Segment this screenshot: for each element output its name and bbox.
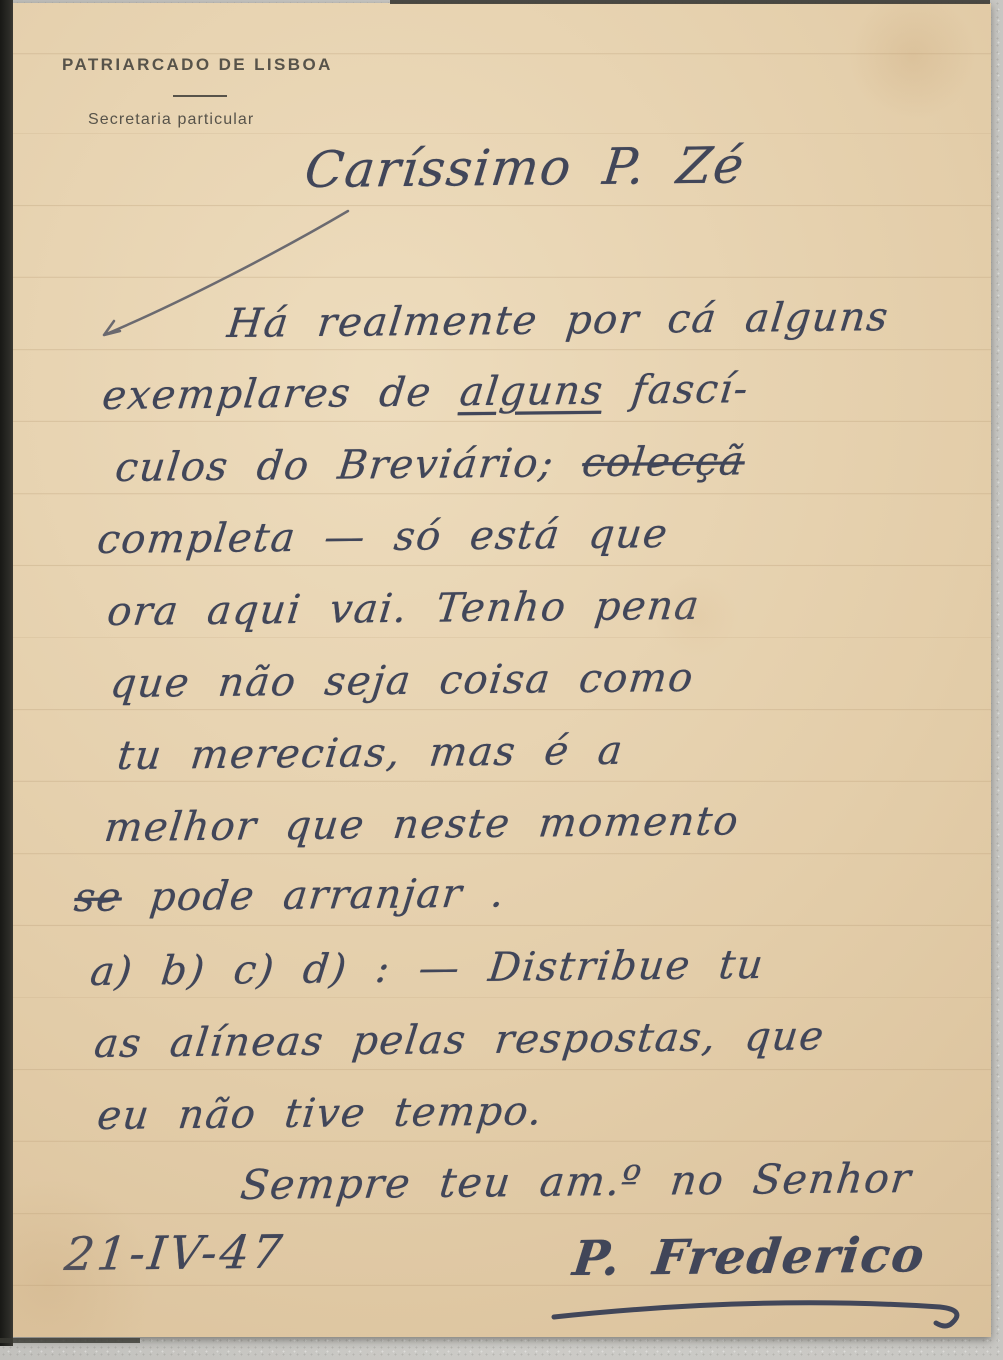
handwritten-text: a) b) c) d) : — Distribue tu [88,942,767,995]
handwritten-line: a) b) c) d) : — Distribue tu [88,942,767,995]
letter-paper: PATRIARCADO DE LISBOA Secretaria particu… [10,3,991,1337]
handwritten-text: pode arranjar . [119,870,508,920]
scan-left-edge [0,0,13,1346]
handwritten-text: Há realmente por cá alguns [225,294,891,347]
letterhead-organization: PATRIARCADO DE LISBOA [62,55,333,75]
handwritten-text: fascí- [601,366,751,414]
handwritten-text: tu merecias, mas é a [115,728,626,779]
handwritten-line: Há realmente por cá alguns [225,294,891,347]
letterhead-department: Secretaria particular [88,111,254,129]
salutation: Caríssimo P. Zé [302,136,748,199]
signature: P. Frederico [570,1227,928,1287]
handwritten-text: exemplares de [100,369,463,419]
handwritten-line: que não seja coisa como [108,655,697,707]
date: 21-IV-47 [62,1225,288,1281]
handwritten-line: se pode arranjar . [72,870,508,921]
handwritten-line: melhor que neste momento [102,798,742,851]
paper-top-edge-shadow [390,0,990,4]
handwritten-text: culos do Breviário; [113,440,585,491]
handwritten-text: que não seja coisa como [108,655,697,707]
handwritten-text: melhor que neste momento [102,798,742,851]
handwritten-line: eu não tive tempo. [95,1088,545,1139]
handwritten-text: as alíneas pelas respostas, que [92,1013,827,1067]
handwritten-line: tu merecias, mas é a [115,728,626,779]
struck-word: colecçã [580,438,747,486]
handwritten-line: culos do Breviário; colecçã [113,438,747,491]
handwritten-line: as alíneas pelas respostas, que [92,1013,827,1067]
handwritten-text: completa — só está que [95,511,671,563]
handwritten-text: ora aqui vai. Tenho pena [105,583,703,635]
handwritten-line: completa — só está que [95,511,671,563]
handwritten-line: ora aqui vai. Tenho pena [105,583,703,635]
underlined-word: alguns [458,368,607,415]
scan-background: PATRIARCADO DE LISBOA Secretaria particu… [0,0,1003,1360]
signature-flourish [550,1295,980,1337]
closing-line: Sempre teu am.º no Senhor [238,1154,915,1209]
letterhead-divider [173,95,227,97]
struck-word: se [72,875,124,921]
paper-bottom-edge-shadow [0,1338,140,1343]
handwritten-text: eu não tive tempo. [95,1088,545,1139]
handwritten-line: exemplares de alguns fascí- [100,366,751,419]
